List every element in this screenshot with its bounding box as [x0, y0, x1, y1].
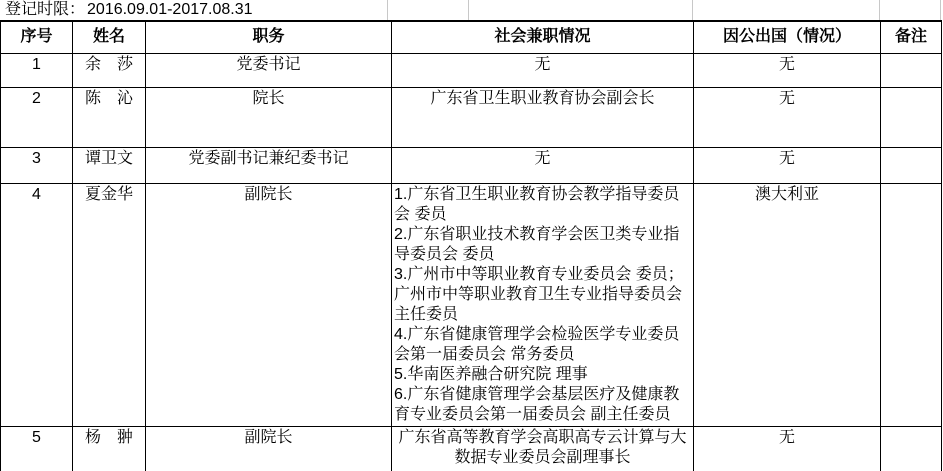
cell-position: 党委书记: [146, 53, 392, 87]
cell-remark: [881, 183, 942, 426]
cell-no: 5: [1, 426, 73, 471]
table-row: 3 谭卫文 党委副书记兼纪委书记 无 无: [1, 147, 942, 183]
cell-abroad: 无: [694, 147, 881, 183]
cell-remark: [881, 53, 942, 87]
table-row: 5 杨 翀 副院长 广东省高等教育学会高职高专云计算与大数据专业委员会副理事长 …: [1, 426, 942, 471]
cell-name: 谭卫文: [73, 147, 146, 183]
header-social: 社会兼职情况: [392, 21, 694, 53]
registration-label: 登记时限：: [5, 0, 85, 20]
cell-social: 广东省高等教育学会高职高专云计算与大数据专业委员会副理事长: [392, 426, 694, 471]
cell-social: 1.广东省卫生职业教育协会教学指导委员会 委员 2.广东省职业技术教育学会医卫类…: [392, 183, 694, 426]
cell-abroad: 无: [694, 53, 881, 87]
social-item: 1.广东省卫生职业教育协会教学指导委员会 委员: [394, 185, 691, 225]
sheet-gridline: [692, 0, 693, 20]
sheet-gridline: [468, 0, 469, 20]
cell-social: 广东省卫生职业教育协会副会长: [392, 87, 694, 147]
cell-abroad: 无: [694, 426, 881, 471]
social-item: 4.广东省健康管理学会检验医学专业委员会第一届委员会 常务委员: [394, 325, 691, 365]
header-remark: 备注: [881, 21, 942, 53]
cell-name: 陈 沁: [73, 87, 146, 147]
cell-abroad: 无: [694, 87, 881, 147]
cell-no: 2: [1, 87, 73, 147]
cell-remark: [881, 147, 942, 183]
cell-remark: [881, 87, 942, 147]
cell-abroad: 澳大利亚: [694, 183, 881, 426]
sheet-gridline: [940, 0, 941, 20]
cell-position: 院长: [146, 87, 392, 147]
header-abroad: 因公出国（情况）: [694, 21, 881, 53]
table-header-row: 序号 姓名 职务 社会兼职情况 因公出国（情况） 备注: [1, 21, 942, 53]
cell-social: 无: [392, 147, 694, 183]
registration-period: 2016.09.01-2017.08.31: [87, 0, 252, 20]
spreadsheet-page: 登记时限：2016.09.01-2017.08.31 序号 姓名 职务 社会兼职…: [0, 0, 943, 471]
header-name: 姓名: [73, 21, 146, 53]
cell-name: 余 莎: [73, 53, 146, 87]
header-no: 序号: [1, 21, 73, 53]
cell-no: 1: [1, 53, 73, 87]
header-position: 职务: [146, 21, 392, 53]
social-item: 5.华南医养融合研究院 理事: [394, 365, 691, 385]
cell-name: 夏金华: [73, 183, 146, 426]
cell-remark: [881, 426, 942, 471]
sheet-gridline: [387, 0, 388, 20]
cell-position: 副院长: [146, 426, 392, 471]
social-item: 3.广州市中等职业教育专业委员会 委员；广州市中等职业教育卫生专业指导委员会主任…: [394, 265, 691, 325]
cell-no: 3: [1, 147, 73, 183]
cell-no: 4: [1, 183, 73, 426]
cell-name: 杨 翀: [73, 426, 146, 471]
social-item: 6.广东省健康管理学会基层医疗及健康教育专业委员会第一届委员会 副主任委员: [394, 385, 691, 425]
cell-position: 副院长: [146, 183, 392, 426]
table-row: 2 陈 沁 院长 广东省卫生职业教育协会副会长 无: [1, 87, 942, 147]
cell-position: 党委副书记兼纪委书记: [146, 147, 392, 183]
table-row: 1 余 莎 党委书记 无 无: [1, 53, 942, 87]
registration-row: 登记时限：2016.09.01-2017.08.31: [0, 0, 943, 20]
social-item: 2.广东省职业技术教育学会医卫类专业指导委员会 委员: [394, 225, 691, 265]
duty-registration-table: 序号 姓名 职务 社会兼职情况 因公出国（情况） 备注 1 余 莎 党委书记 无…: [0, 20, 942, 471]
cell-social: 无: [392, 53, 694, 87]
sheet-gridline: [879, 0, 880, 20]
table-row: 4 夏金华 副院长 1.广东省卫生职业教育协会教学指导委员会 委员 2.广东省职…: [1, 183, 942, 426]
